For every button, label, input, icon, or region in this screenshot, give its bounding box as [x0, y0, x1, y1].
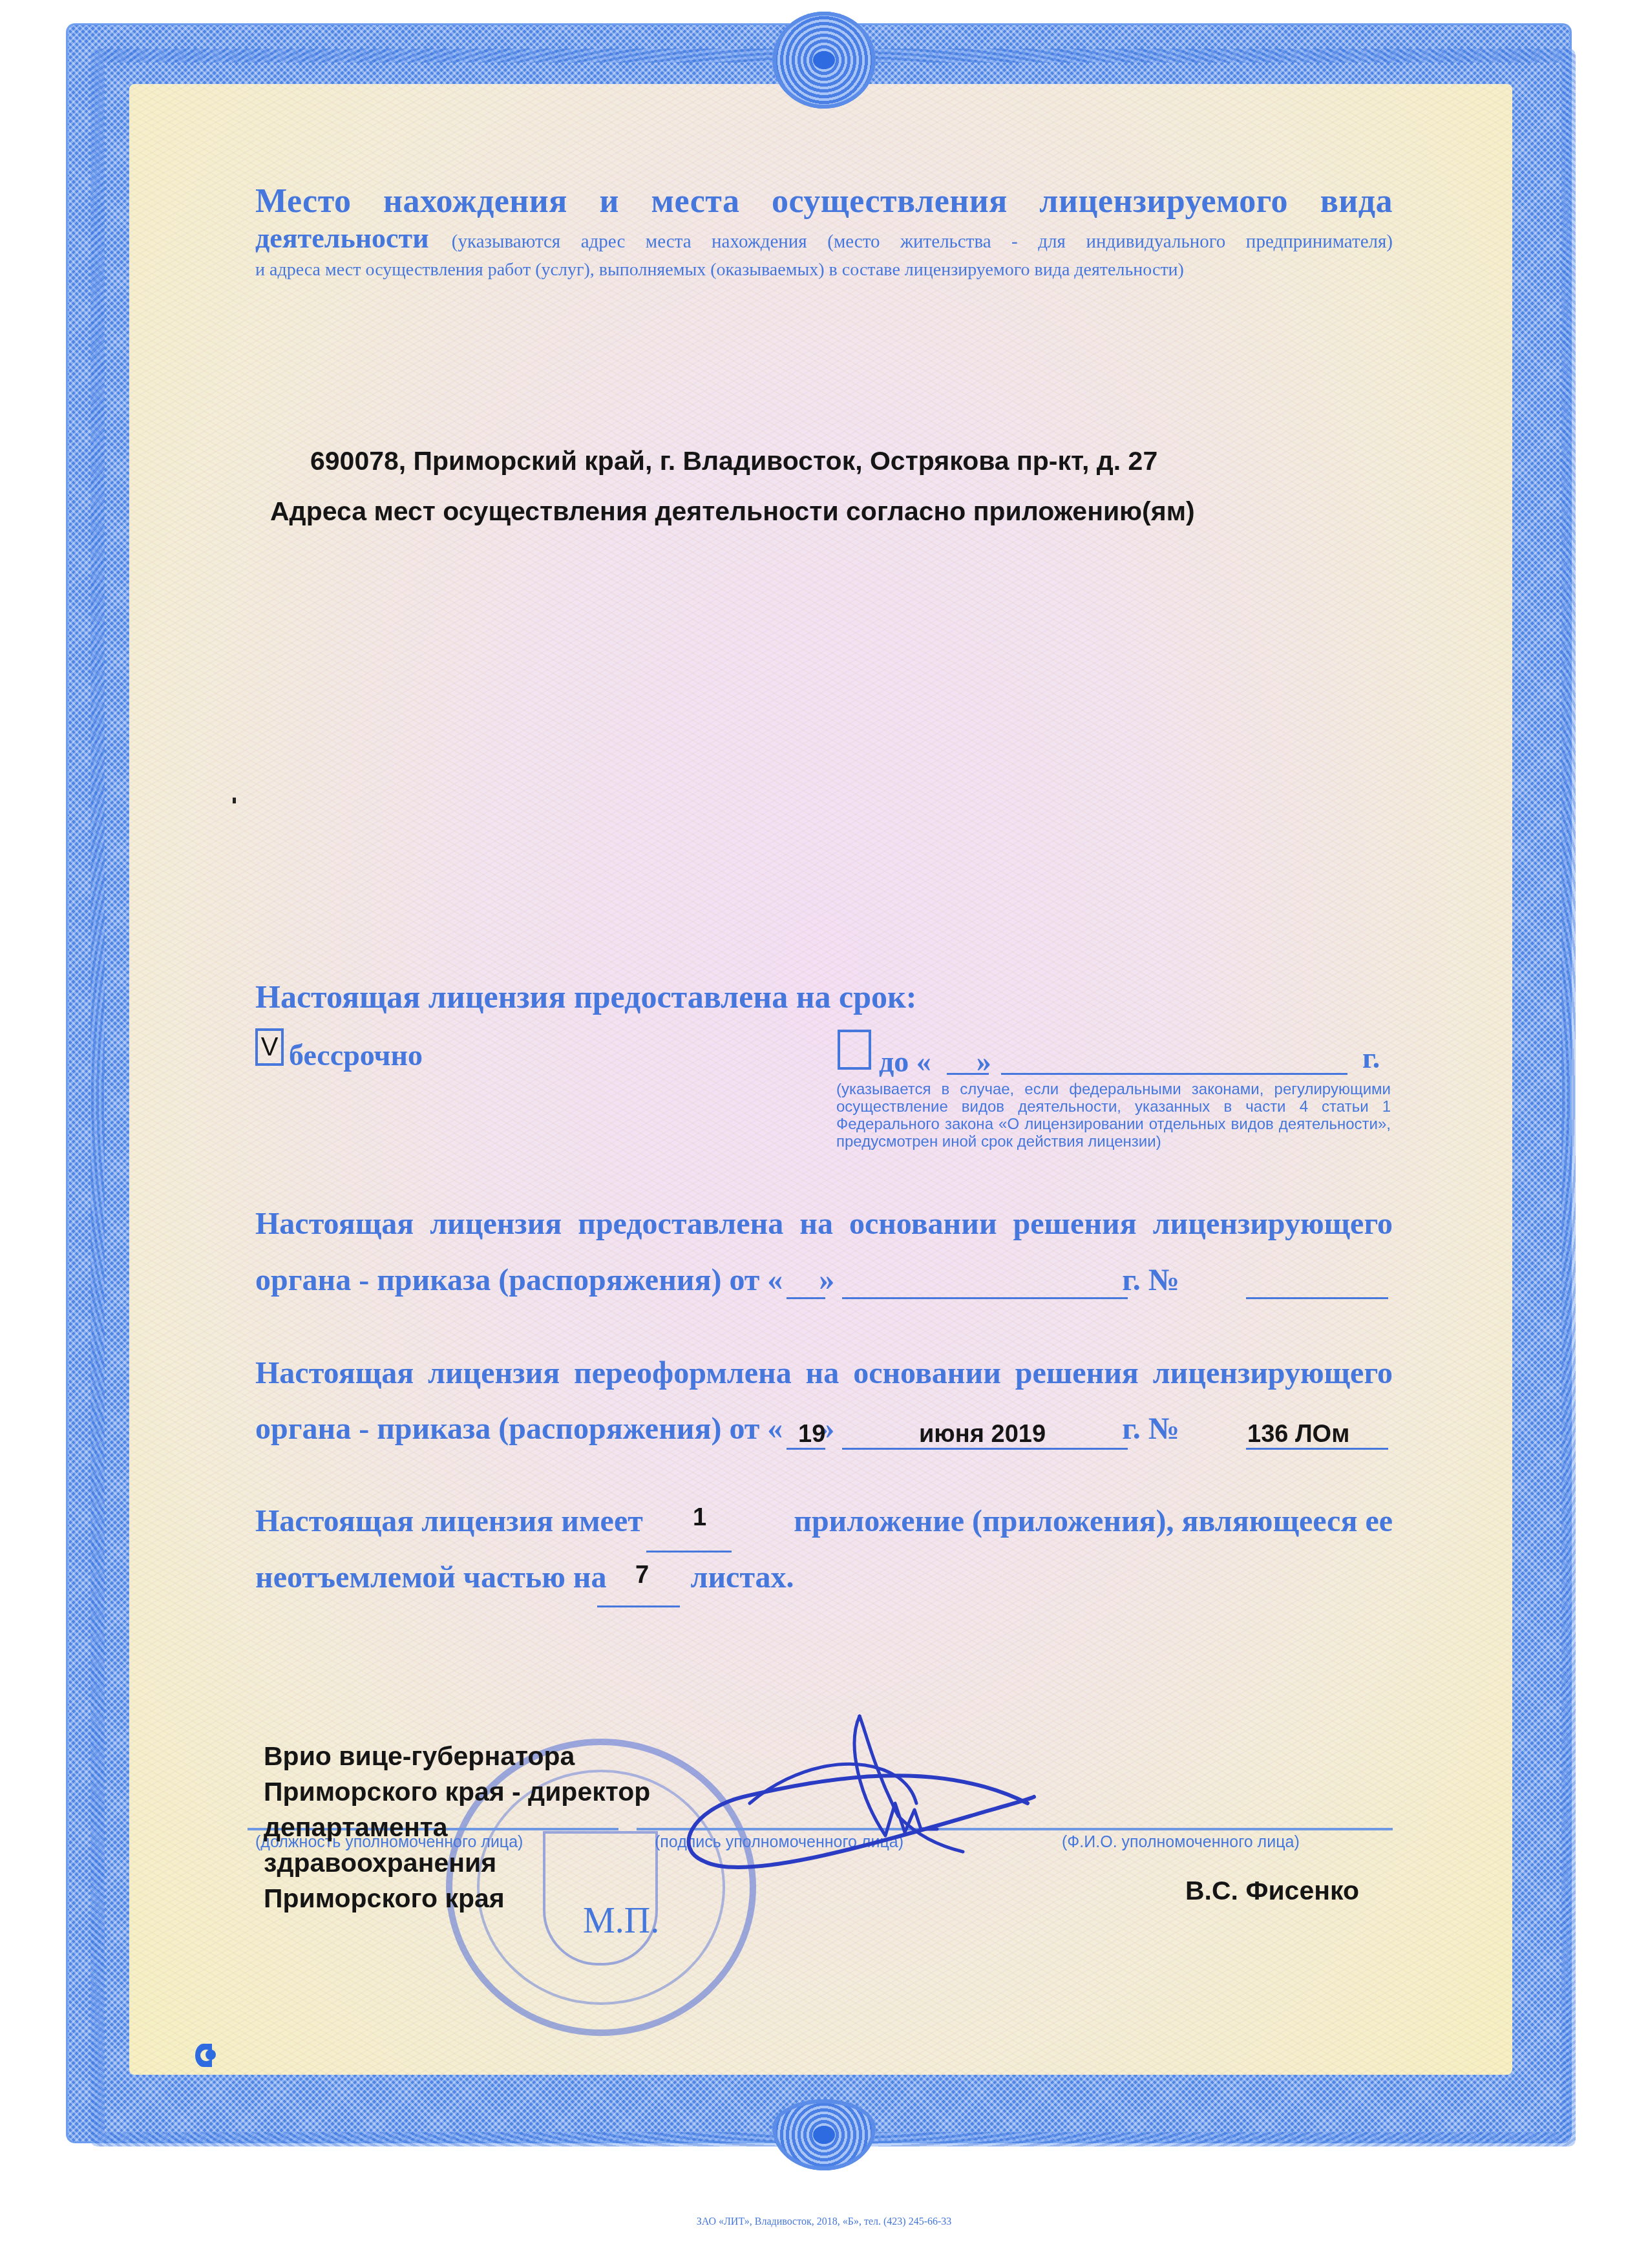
term-title: Настоящая лицензия предоставлена на срок… — [255, 978, 916, 1015]
scan-speck — [233, 798, 236, 803]
granted-date-field[interactable] — [842, 1297, 1128, 1299]
location-title-line2: деятельности (указываются адрес места на… — [255, 222, 1393, 255]
appendix-count-value: 1 — [693, 1504, 706, 1532]
caption-name: (Ф.И.О. уполномоченного лица) — [1062, 1833, 1300, 1852]
granted-order-year: г. № — [1122, 1263, 1179, 1297]
printer-imprint: ЗАО «ЛИТ», Владивосток, 2018, «Б», тел. … — [0, 2216, 1648, 2228]
role-line: Врио вице-губернатора — [264, 1739, 650, 1774]
until-date-checkbox[interactable] — [838, 1030, 871, 1070]
indefinite-label: бессрочно — [289, 1038, 423, 1072]
printer-logo-dot — [206, 2050, 216, 2060]
role-line: Приморского края - директор — [264, 1774, 650, 1810]
reissued-order-year: г. № — [1122, 1412, 1179, 1446]
appendix-prefix: Настоящая лицензия имеет — [255, 1503, 734, 1539]
until-date-field[interactable] — [1001, 1073, 1347, 1075]
rosette-ornament-bottom — [772, 2099, 876, 2170]
indefinite-checkbox[interactable]: V — [255, 1028, 284, 1066]
appendix-suffix: приложение (приложения), являющееся ее — [794, 1503, 1393, 1539]
granted-order-mid: » — [819, 1263, 834, 1297]
handwritten-signature — [666, 1706, 1086, 1874]
granted-line1: Настоящая лицензия предоставлена на осно… — [255, 1206, 1393, 1242]
until-prefix: до « — [879, 1045, 931, 1078]
term-note: (указывается в случае, если федеральными… — [836, 1081, 1391, 1150]
appendix-line1: Настоящая лицензия имеет приложение (при… — [255, 1503, 1393, 1539]
location-title-note-line3: и адреса мест осуществления работ (услуг… — [255, 260, 1393, 281]
appendix-count-field[interactable] — [646, 1551, 732, 1553]
sheets-prefix: неотъемлемой частью на — [255, 1560, 607, 1595]
reissued-date-value: июня 2019 — [919, 1421, 1046, 1448]
license-sheet: Место нахождения и места осуществления л… — [0, 0, 1648, 2268]
role-line: Приморского края — [264, 1881, 650, 1916]
location-title-note: (указываются адрес места нахождения (мес… — [452, 231, 1393, 252]
role-line: департамента — [264, 1810, 650, 1845]
rosette-ornament-top — [772, 12, 876, 109]
location-title-bold: деятельности — [255, 222, 429, 254]
reissued-day-value: 19 — [798, 1421, 825, 1448]
signer-name: В.С. Фисенко — [1185, 1876, 1359, 1906]
reissued-line1: Настоящая лицензия переоформлена на осно… — [255, 1355, 1393, 1391]
checkmark-v: V — [261, 1033, 279, 1062]
granted-order-prefix: органа - приказа (распоряжения) от « — [255, 1263, 783, 1297]
granted-number-field[interactable] — [1246, 1297, 1388, 1299]
role-line: здравоохранения — [264, 1845, 650, 1881]
activity-places-reference: Адреса мест осуществления деятельности с… — [270, 496, 1195, 527]
granted-day-field[interactable] — [787, 1297, 825, 1299]
name-line — [1086, 1828, 1393, 1830]
registered-address: 690078, Приморский край, г. Владивосток,… — [310, 446, 1157, 476]
appendix-line2: неотъемлемой частью налистах. — [255, 1560, 1393, 1595]
signer-role: Врио вице-губернатора Приморского края -… — [264, 1739, 650, 1916]
location-title: Место нахождения и места осуществления л… — [255, 182, 1393, 220]
reissued-order-prefix: органа - приказа (распоряжения) от « — [255, 1412, 783, 1446]
reissued-number-value: 136 ЛОм — [1247, 1421, 1349, 1448]
sheet-count-field[interactable] — [597, 1606, 680, 1607]
sheets-suffix: листах. — [691, 1560, 794, 1595]
until-year-suffix: г. — [1362, 1041, 1380, 1075]
until-day-field[interactable] — [947, 1073, 989, 1075]
sheet-count-value: 7 — [635, 1562, 649, 1589]
granted-line2: органа - приказа (распоряжения) от «»г. … — [255, 1262, 1393, 1298]
